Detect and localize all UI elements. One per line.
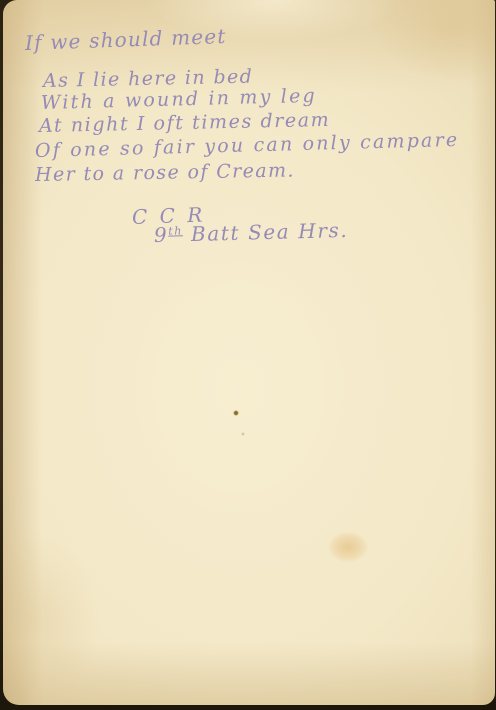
unit-ordinal: th xyxy=(168,224,183,237)
album-page: If we should meet As I lie here in bed W… xyxy=(3,0,495,705)
poem-title: If we should meet xyxy=(25,26,227,53)
poem-line: Her to a rose of Cream. xyxy=(35,161,295,185)
poem-line: At night I oft times dream xyxy=(39,111,331,136)
unit-number: 9 xyxy=(154,223,169,247)
scanned-page-photo: If we should meet As I lie here in bed W… xyxy=(0,0,496,710)
unit-name: Batt Sea Hrs. xyxy=(183,218,349,246)
signature-unit: 9th Batt Sea Hrs. xyxy=(154,220,349,245)
